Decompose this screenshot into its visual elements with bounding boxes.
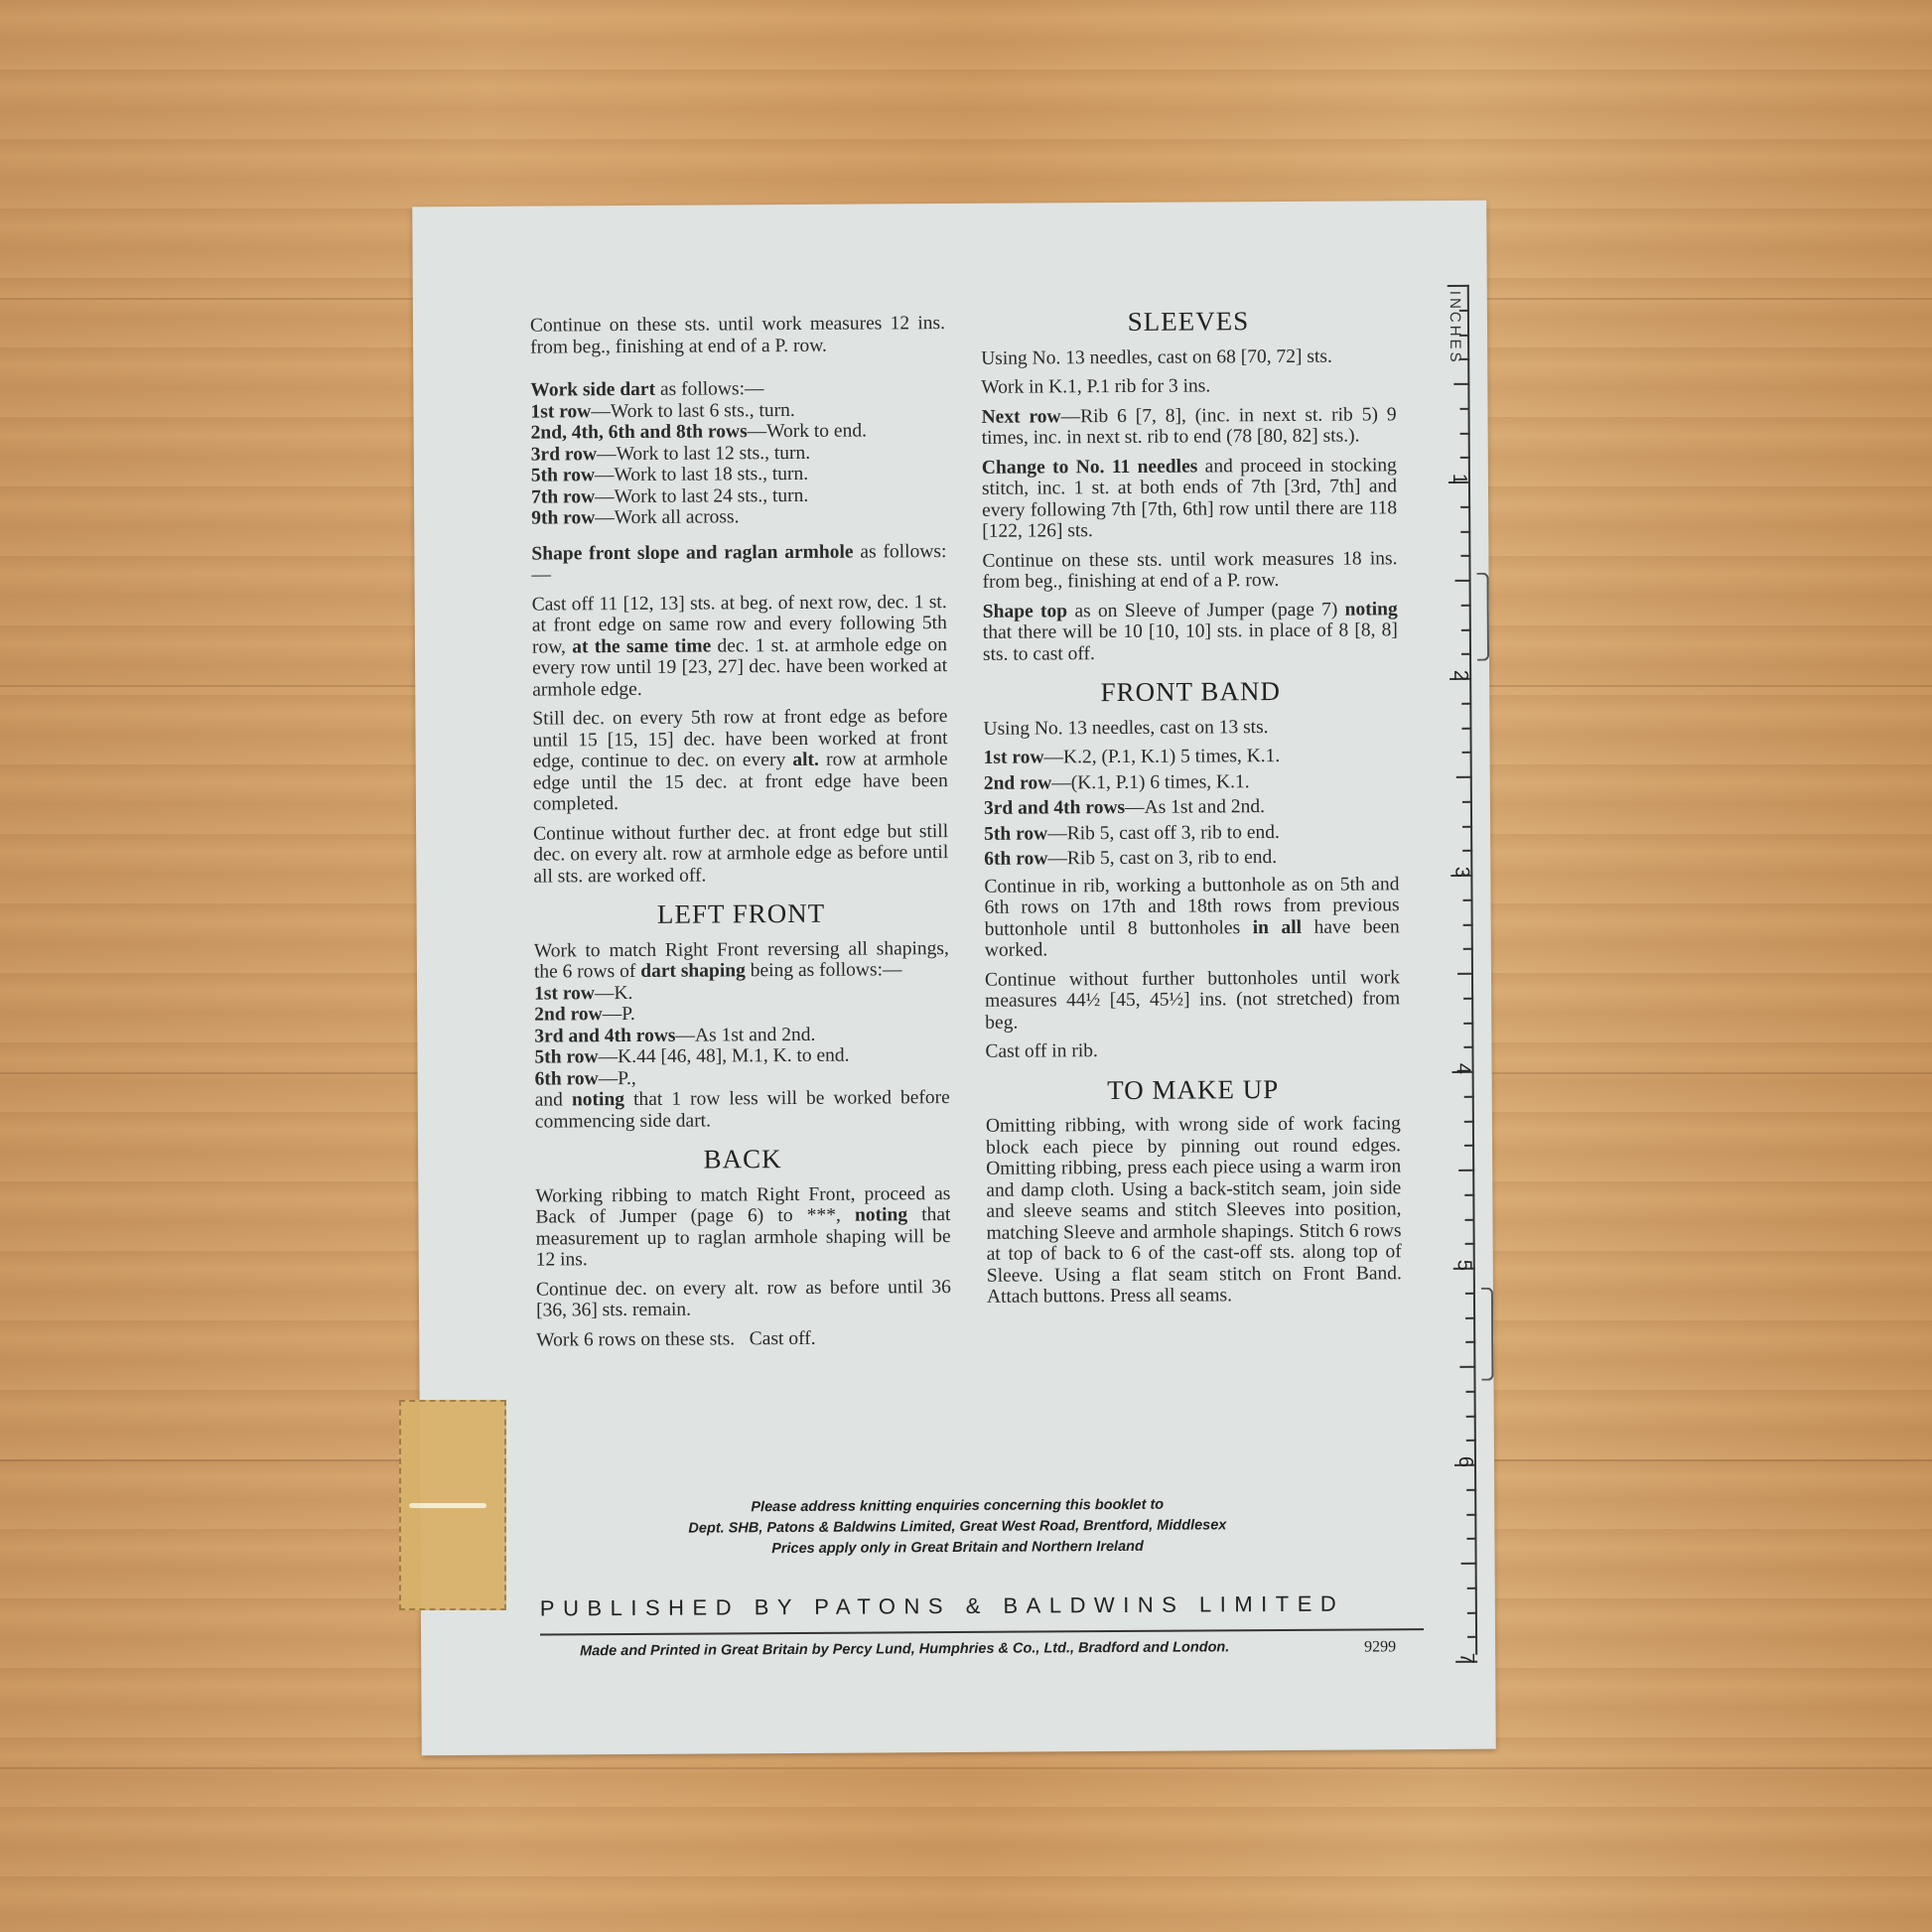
publisher-line: PUBLISHED BY PATONS & BALDWINS LIMITED <box>540 1590 1428 1621</box>
bold-text: in all <box>1253 916 1303 937</box>
front-band-row: 3rd and 4th rows—As 1st and 2nd. <box>984 795 1399 819</box>
bold-text: at the same time <box>572 635 711 657</box>
shape-front-lead: Shape front slope and raglan armhole as … <box>531 541 946 587</box>
dart-row: 7th row—Work to last 24 sts., turn. <box>531 484 946 508</box>
row-text: —As 1st and 2nd. <box>1125 796 1265 818</box>
row-label: 1st row <box>534 983 595 1004</box>
printer-credit: Made and Printed in Great Britain by Per… <box>580 1639 1229 1659</box>
ruler-tick <box>1460 457 1470 459</box>
left-front-intro: Work to match Right Front reversing all … <box>534 938 949 984</box>
back-p2: Continue dec. on every alt. row as befor… <box>536 1277 951 1322</box>
front-band-row: 6th row—Rib 5, cast on 3, rib to end. <box>984 846 1399 870</box>
ruler-tick <box>1462 825 1472 827</box>
row-text: —(K.1, P.1) 6 times, K.1. <box>1051 771 1249 793</box>
row-label: 3rd and 4th rows <box>534 1025 675 1046</box>
bold-text: Shape top <box>983 601 1067 622</box>
shape-front-p2: Still dec. on every 5th row at front edg… <box>532 706 948 815</box>
row-label: 3rd row <box>531 444 597 465</box>
front-band-p2: Continue without further buttonholes unt… <box>985 967 1400 1034</box>
ruler-tick <box>1459 334 1469 336</box>
front-band-row: 5th row—Rib 5, cast off 3, rib to end. <box>984 821 1399 845</box>
ruler-tick <box>1463 998 1473 1000</box>
divider <box>540 1628 1424 1635</box>
bold-text: noting <box>855 1204 907 1225</box>
left-front-row: 1st row—K. <box>534 981 949 1005</box>
row-label: 9th row <box>531 507 595 528</box>
ruler-tick <box>1467 1587 1477 1589</box>
front-band-row: 1st row—K.2, (P.1, K.1) 5 times, K.1. <box>984 745 1399 768</box>
front-band-p3: Cast off in rib. <box>985 1038 1400 1062</box>
ruler-tick <box>1464 1145 1474 1147</box>
row-text: —Work to end. <box>748 421 867 443</box>
text: as on Sleeve of Jumper (page 7) <box>1067 599 1345 621</box>
row-text: —P. <box>603 1004 635 1025</box>
row-text: —As 1st and 2nd. <box>675 1024 815 1045</box>
left-front-note: and noting that 1 row less will be worke… <box>535 1087 950 1133</box>
ruler-tick <box>1461 727 1471 729</box>
ruler-tick <box>1467 1636 1477 1638</box>
ruler-tick <box>1460 530 1470 532</box>
front-band-intro: Using No. 13 needles, cast on 13 sts. <box>983 716 1398 740</box>
row-label: 1st row <box>530 401 591 422</box>
row-label: 5th row <box>534 1046 598 1067</box>
side-dart-lead-rest: as follows:— <box>655 378 764 400</box>
ruler-number: 3 <box>1449 867 1472 878</box>
ruler-number: 2 <box>1449 670 1471 681</box>
ruler-tick <box>1467 1611 1477 1613</box>
left-front-row: 5th row—K.44 [46, 48], M.1, K. to end. <box>534 1044 949 1068</box>
row-text: —Work to last 24 sts., turn. <box>595 484 808 506</box>
tab-notch <box>1481 1288 1494 1381</box>
ruler-tick <box>1461 653 1471 655</box>
text: being as follows:— <box>746 959 902 981</box>
ruler-tick <box>1461 1563 1477 1565</box>
ruler-tick <box>1460 555 1470 557</box>
ruler-tick <box>1463 1046 1473 1048</box>
ruler-tick <box>1463 948 1473 950</box>
front-band-row: 2nd row—(K.1, P.1) 6 times, K.1. <box>984 770 1399 794</box>
make-up-heading: TO MAKE UP <box>986 1078 1401 1102</box>
ruler-tick <box>1464 1218 1474 1220</box>
row-text: —Work all across. <box>595 506 739 528</box>
bold-text: alt. <box>792 750 819 770</box>
row-label: 6th row <box>535 1068 599 1089</box>
ruler-number: 6 <box>1453 1456 1476 1467</box>
booklet-page: Continue on these sts. until work measur… <box>412 201 1496 1756</box>
row-label: 1st row <box>984 747 1044 767</box>
bold-text: Next row <box>981 406 1060 427</box>
back-heading: BACK <box>535 1148 950 1172</box>
shape-front-bold: Shape front slope and raglan armhole <box>531 541 853 564</box>
bold-text: dart shaping <box>640 960 746 982</box>
left-column: Continue on these sts. until work measur… <box>530 313 951 1359</box>
ruler-tick <box>1466 1440 1476 1442</box>
left-front-heading: LEFT FRONT <box>534 902 949 926</box>
shape-front-p3: Continue without further dec. at front e… <box>533 821 948 888</box>
ruler-tick <box>1464 1120 1474 1122</box>
ruler-number: 1 <box>1448 474 1470 484</box>
ruler-tick <box>1463 899 1473 901</box>
sleeves-p3: Next row—Rib 6 [7, 8], (inc. in next st.… <box>981 404 1396 450</box>
shape-front-p1: Cast off 11 [12, 13] sts. at beg. of nex… <box>532 592 948 701</box>
ruler-tick <box>1462 850 1472 852</box>
row-text: —Rib 5, cast off 3, rib to end. <box>1047 821 1280 843</box>
side-dart-lead: Work side dart <box>530 379 655 401</box>
row-label: 3rd and 4th rows <box>984 797 1125 819</box>
row-text: —Work to last 6 sts., turn. <box>591 399 794 421</box>
ruler-tick <box>1458 1170 1474 1172</box>
text: and <box>535 1089 572 1110</box>
make-up-text: Omitting ribbing, with wrong side of wor… <box>986 1113 1402 1308</box>
left-front-section: Work to match Right Front reversing all … <box>534 938 950 1133</box>
ruler-tick <box>1461 703 1471 705</box>
sleeves-p6: Shape top as on Sleeve of Jumper (page 7… <box>983 599 1398 665</box>
row-label: 7th row <box>531 486 595 507</box>
ruler-tick <box>1460 408 1470 410</box>
dart-row: 5th row—Work to last 18 sts., turn. <box>531 463 946 486</box>
bold-text: noting <box>572 1089 624 1110</box>
ruler-tick <box>1461 628 1471 630</box>
back-p1: Working ribbing to match Right Front, pr… <box>535 1183 951 1272</box>
row-label: 2nd row <box>984 772 1052 793</box>
dart-row: 2nd, 4th, 6th and 8th rows—Work to end. <box>531 420 946 444</box>
ruler-tick <box>1466 1489 1476 1491</box>
ruler-tick <box>1463 923 1473 925</box>
row-label: 5th row <box>984 823 1047 844</box>
right-column: SLEEVES Using No. 13 needles, cast on 68… <box>981 310 1402 1315</box>
sleeves-p5: Continue on these sts. until work measur… <box>982 548 1397 594</box>
row-text: —Rib 5, cast on 3, rib to end. <box>1047 847 1277 869</box>
front-band-heading: FRONT BAND <box>983 680 1398 704</box>
intro-paragraph: Continue on these sts. until work measur… <box>530 313 945 358</box>
ruler-tick <box>1457 973 1473 975</box>
ruler-tick <box>1459 1366 1475 1368</box>
inch-ruler: INCHES 1234567 <box>1426 285 1493 1665</box>
ruler-tick <box>1459 310 1469 312</box>
row-text: —P., <box>599 1067 636 1088</box>
ruler-tick <box>1463 1022 1473 1024</box>
ruler-tick <box>1459 358 1469 360</box>
row-text: —Work to last 12 sts., turn. <box>597 442 810 464</box>
dart-row: 3rd row—Work to last 12 sts., turn. <box>531 442 946 466</box>
left-front-row: 3rd and 4th rows—As 1st and 2nd. <box>534 1024 949 1047</box>
ruler-tick <box>1465 1341 1475 1343</box>
ruler-tick <box>1462 752 1472 754</box>
ruler-tick <box>1456 776 1472 778</box>
side-dart-section: Work side dart as follows:— 1st row—Work… <box>530 377 946 529</box>
dart-row: 9th row—Work all across. <box>531 505 946 529</box>
ruler-tick <box>1455 580 1471 582</box>
row-label: 5th row <box>531 465 595 485</box>
left-front-row: 6th row—P., <box>535 1066 950 1090</box>
left-front-row: 2nd row—P. <box>534 1002 949 1026</box>
bold-text: Change to No. 11 needles <box>982 456 1198 478</box>
ruler-tick <box>1465 1293 1475 1295</box>
bold-text: noting <box>1345 599 1398 620</box>
front-band-p1: Continue in rib, working a buttonhole as… <box>984 874 1400 962</box>
ruler-tick <box>1464 1194 1474 1196</box>
ruler-tick <box>1464 1096 1474 1098</box>
enquiry-note: Please address knitting enquiries concer… <box>420 1493 1494 1563</box>
adhesive-tape <box>399 1400 506 1610</box>
ruler-number: 4 <box>1450 1063 1473 1074</box>
sleeves-heading: SLEEVES <box>981 310 1396 334</box>
ruler-line <box>1467 285 1477 1655</box>
row-text: —K.2, (P.1, K.1) 5 times, K.1. <box>1043 746 1280 767</box>
ruler-tick <box>1453 383 1469 385</box>
text: that there will be 10 [10, 10] sts. in p… <box>983 620 1398 664</box>
wood-seam <box>0 1767 1932 1769</box>
booklet-code: 9299 <box>1364 1638 1396 1656</box>
ruler-label: INCHES <box>1447 291 1463 365</box>
sleeves-p2: Work in K.1, P.1 rib for 3 ins. <box>981 374 1396 398</box>
row-text: —Work to last 18 sts., turn. <box>595 464 808 485</box>
ruler-tick <box>1460 506 1470 508</box>
sleeves-p1: Using No. 13 needles, cast on 68 [70, 72… <box>981 345 1396 369</box>
ruler-tick <box>1465 1243 1475 1245</box>
ruler-number: 5 <box>1452 1260 1475 1271</box>
ruler-number: 7 <box>1454 1653 1477 1664</box>
ruler-tick <box>1460 432 1470 434</box>
row-text: —K.44 [46, 48], M.1, K. to end. <box>599 1045 850 1068</box>
tab-notch <box>1477 573 1490 661</box>
row-label: 2nd row <box>534 1004 603 1025</box>
sleeves-p4: Change to No. 11 needles and proceed in … <box>982 455 1398 543</box>
ruler-tick <box>1466 1415 1476 1417</box>
ruler-tick <box>1465 1316 1475 1318</box>
ruler-tick <box>1466 1391 1476 1393</box>
back-p3: Work 6 rows on these sts. Cast off. <box>536 1327 951 1351</box>
ruler-tick <box>1448 285 1469 287</box>
row-label: 6th row <box>984 848 1047 869</box>
ruler-tick <box>1462 801 1472 803</box>
ruler-tick <box>1461 605 1471 607</box>
dart-row: 1st row—Work to last 6 sts., turn. <box>530 399 945 423</box>
tape-shine <box>409 1503 486 1508</box>
row-text: —K. <box>595 982 633 1003</box>
row-label: 2nd, 4th, 6th and 8th rows <box>531 421 748 443</box>
